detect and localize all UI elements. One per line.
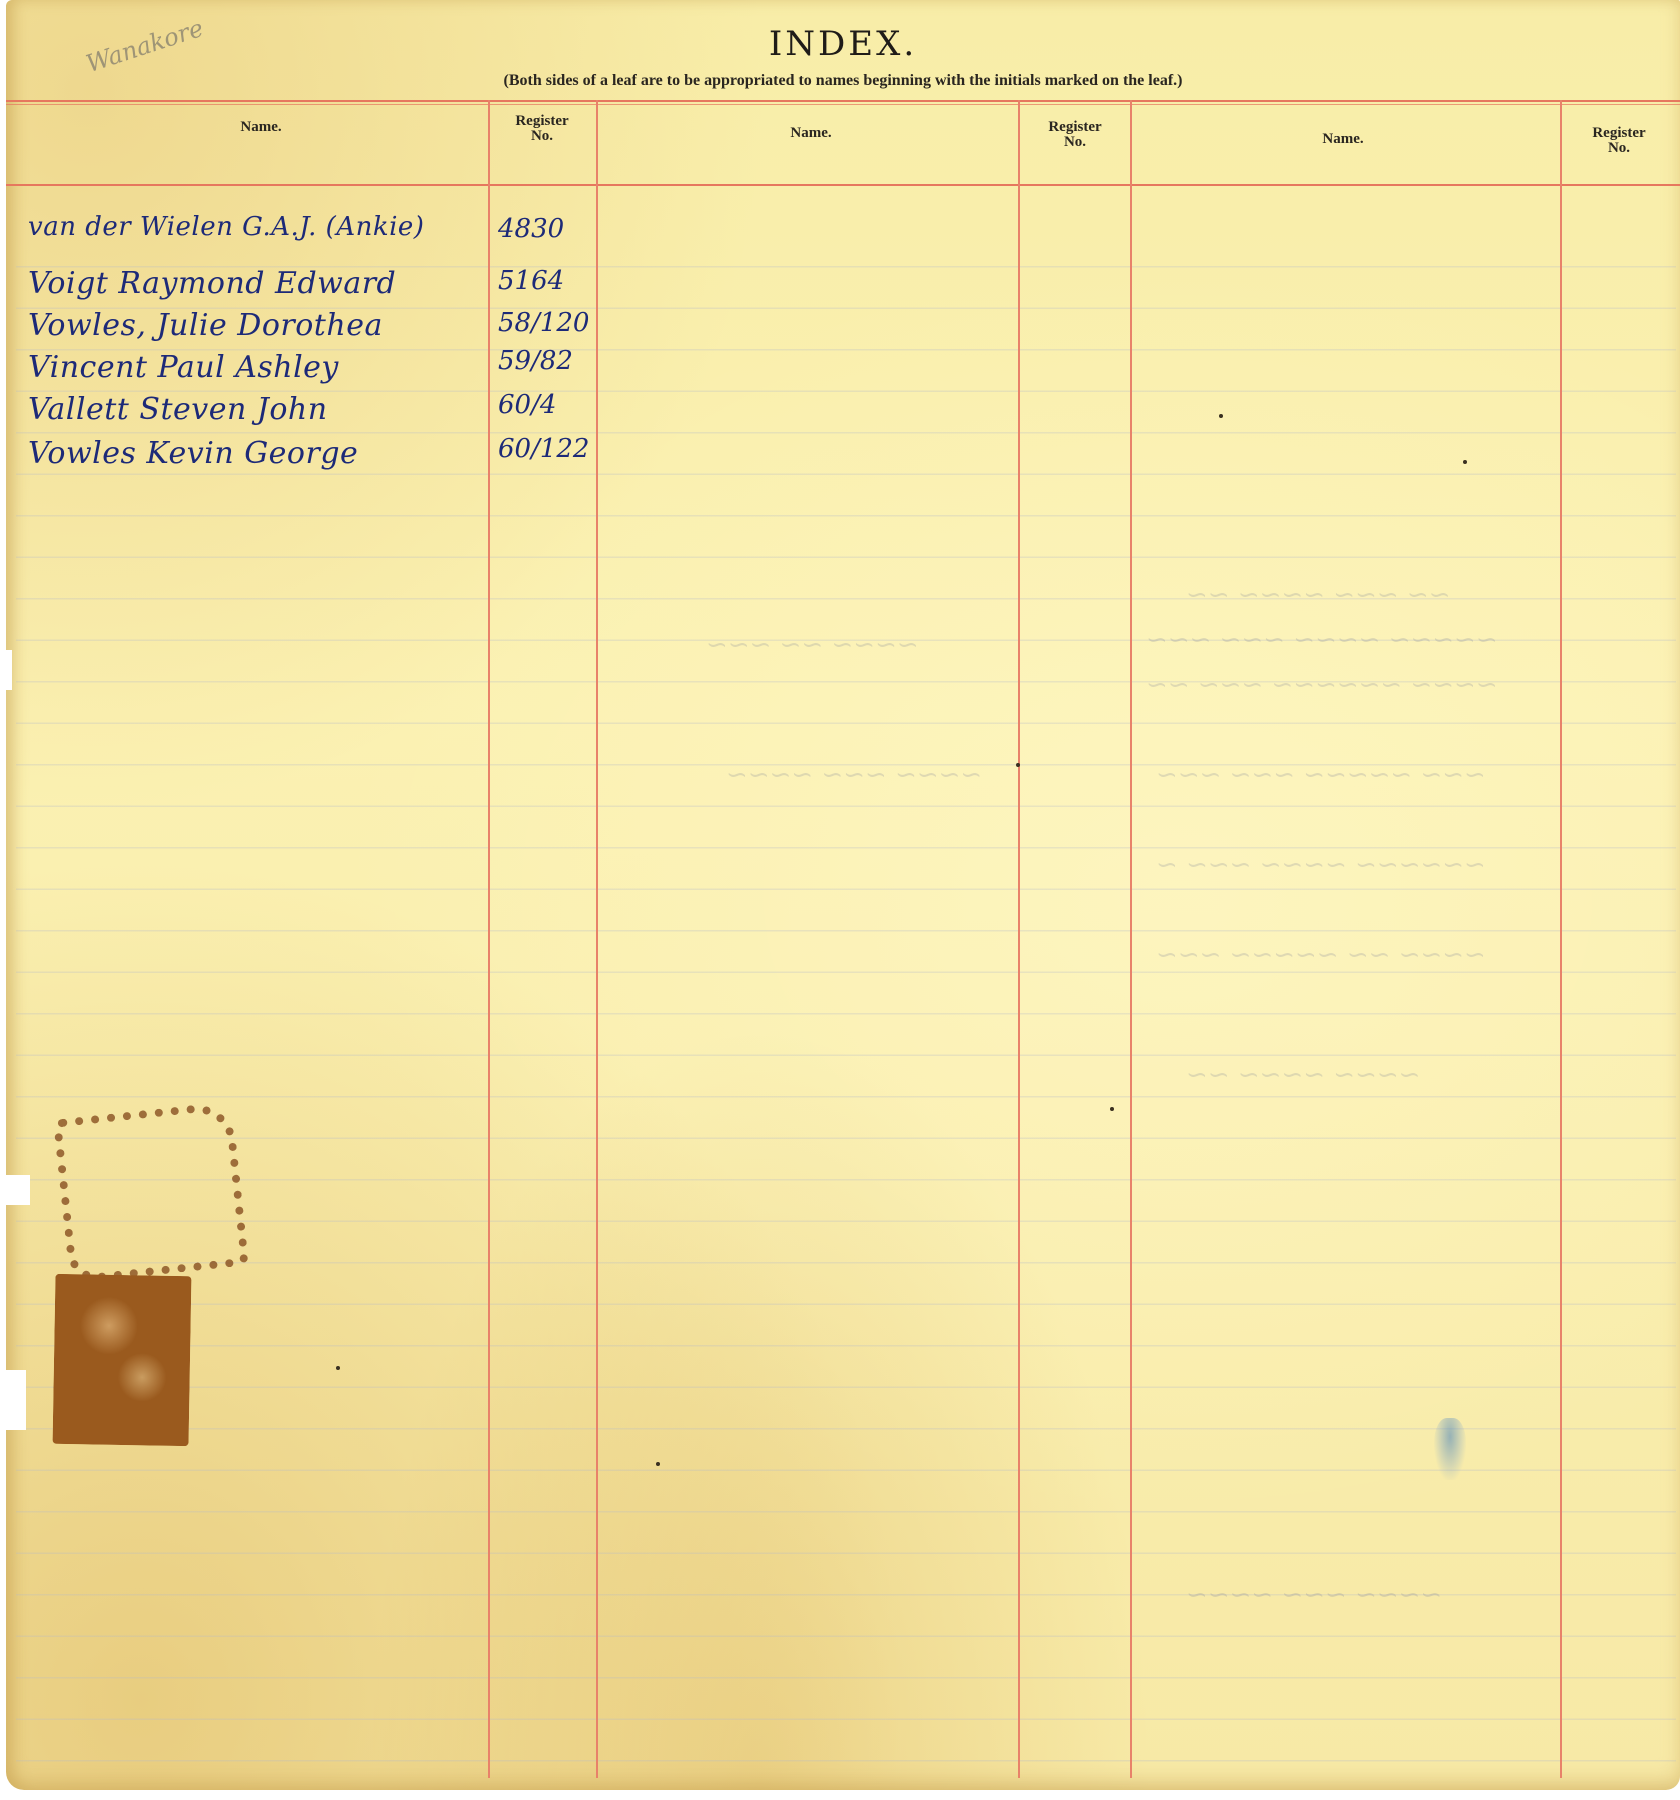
- bleed-through-text: ~~~~~~ ~~~~ ~~~ ~: [1156, 850, 1486, 880]
- entry-name: Vincent Paul Ashley: [28, 350, 488, 392]
- bleed-through-text: ~~ ~~~ ~~~~ ~~: [1186, 580, 1450, 610]
- page-subtitle: (Both sides of a leaf are to be appropri…: [6, 72, 1680, 90]
- speck: [1219, 414, 1223, 418]
- column-rule: [1018, 100, 1020, 1778]
- header-bottom-rule: [6, 184, 1680, 186]
- register-label: Register: [1022, 120, 1128, 135]
- entry-register-no: 60/122: [498, 434, 598, 476]
- entry-register-no: 60/4: [498, 390, 598, 432]
- column-rule: [488, 100, 490, 1778]
- torn-edge: [0, 1370, 26, 1430]
- column-header-name-1: Name.: [206, 120, 316, 135]
- entry-register-no: 58/120: [498, 308, 598, 350]
- entry-name: Vallett Steven John: [28, 392, 488, 434]
- torn-edge: [0, 1175, 30, 1205]
- column-header-name-3: Name.: [1288, 132, 1398, 147]
- bleed-through-text: ~~~~ ~~~~ ~~: [1186, 1060, 1420, 1090]
- entry-name: Vowles Kevin George: [28, 436, 488, 478]
- column-header-register-2: Register No.: [1022, 120, 1128, 150]
- number-label: No.: [492, 129, 592, 144]
- number-label: No.: [1564, 141, 1674, 156]
- ink-stain: [1434, 1418, 1466, 1480]
- rust-stain-outline: [53, 1101, 249, 1284]
- entry-name: Voigt Raymond Edward: [28, 266, 488, 308]
- speck: [656, 1462, 660, 1466]
- torn-edge: [0, 650, 12, 690]
- index-ledger-page: INDEX. (Both sides of a leaf are to be a…: [6, 0, 1680, 1790]
- page-title: INDEX.: [6, 24, 1680, 64]
- speck: [336, 1366, 340, 1370]
- header-top-rule-double: [6, 104, 1680, 105]
- entry-name: van der Wielen G.A.J. (Ankie): [28, 212, 488, 254]
- header-top-rule: [6, 100, 1680, 102]
- bleed-through-text: ~~~~ ~~~~~~ ~~~ ~~: [1146, 670, 1498, 700]
- entry-register-no: 59/82: [498, 346, 598, 388]
- speck: [1110, 1107, 1114, 1111]
- column-header-name-2: Name.: [756, 126, 866, 141]
- entry-register-no: 5164: [498, 266, 598, 308]
- register-label: Register: [1564, 126, 1674, 141]
- bleed-through-text: ~~~~~ ~~~~ ~~~ ~~~: [1146, 625, 1498, 655]
- speck: [1463, 460, 1467, 464]
- number-label: No.: [1022, 135, 1128, 150]
- column-rule: [1560, 100, 1562, 1778]
- rust-stain-square: [53, 1274, 192, 1446]
- bleed-through-text: ~~~~ ~~ ~~~: [706, 630, 919, 660]
- register-label: Register: [492, 114, 592, 129]
- entry-register-no: 4830: [498, 214, 598, 256]
- bleed-through-text: ~~~ ~~~~~ ~~~ ~~~: [1156, 760, 1486, 790]
- column-rule: [1130, 100, 1132, 1778]
- speck: [1016, 763, 1020, 767]
- bleed-through-text: ~~~~ ~~~ ~~~~: [1186, 1580, 1442, 1610]
- entry-name: Vowles, Julie Dorothea: [28, 308, 488, 350]
- bleed-through-text: ~~~~ ~~~ ~~~~: [726, 760, 982, 790]
- bleed-through-text: ~~~~ ~~ ~~~~~ ~~~: [1156, 940, 1486, 970]
- column-header-register-1: Register No.: [492, 114, 592, 144]
- column-header-register-3: Register No.: [1564, 126, 1674, 156]
